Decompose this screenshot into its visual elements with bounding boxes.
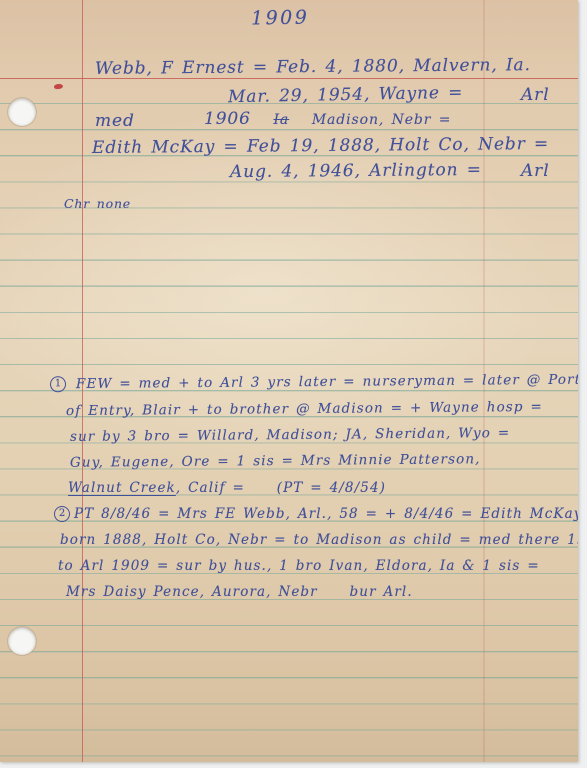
- children-note: Chr none: [64, 193, 131, 215]
- scanned-page: 1909 Webb, F Ernest = Feb. 4, 1880, Malv…: [0, 0, 587, 768]
- note1-underlined-place: Walnut Creek: [68, 480, 176, 496]
- note2-line2: born 1888, Holt Co, Nebr = to Madison as…: [60, 531, 578, 549]
- note1-marker: 1: [50, 376, 66, 392]
- red-ink-dot: [54, 83, 64, 89]
- punch-hole-bottom: [8, 627, 36, 655]
- note1-line1: 1FEW = med + to Arl 3 yrs later = nurser…: [50, 371, 578, 394]
- married-struck-text: Ia: [274, 112, 290, 128]
- note2-line4-survivor: Mrs Daisy Pence, Aurora, Nebr: [66, 584, 318, 600]
- note1-line5: Walnut Creek, Calif = (PT = 4/8/54): [68, 479, 386, 497]
- married-line: 1906 Ia Madison, Nebr =: [204, 108, 451, 131]
- entry-name-birth-line: Webb, F Ernest = Feb. 4, 1880, Malvern, …: [95, 54, 531, 80]
- note2-line1: 2PT 8/8/46 = Mrs FE Webb, Arl., 58 = + 8…: [54, 505, 578, 523]
- lined-paper-sheet: 1909 Webb, F Ernest = Feb. 4, 1880, Malv…: [0, 0, 578, 762]
- note1-line2: of Entry, Blair + to brother @ Madison =…: [66, 398, 543, 420]
- note1-line3: sur by 3 bro = Willard, Madison; JA, She…: [70, 424, 510, 446]
- entry-death-line: Mar. 29, 1954, Wayne =: [228, 82, 464, 109]
- note2-line1-text: PT 8/8/46 = Mrs FE Webb, Arl., 58 = + 8/…: [74, 506, 578, 522]
- note2-line3: to Arl 1909 = sur by hus., 1 bro Ivan, E…: [58, 557, 540, 575]
- note1-line4: Guy, Eugene, Ore = 1 sis = Mrs Minnie Pa…: [70, 450, 481, 472]
- entry-burial-abbr: Arl: [521, 84, 550, 106]
- note1-line1-text: FEW = med + to Arl 3 yrs later = nursery…: [76, 372, 578, 392]
- spouse-birth-line: Edith McKay = Feb 19, 1888, Holt Co, Neb…: [92, 133, 549, 159]
- year-heading: 1909: [251, 6, 310, 29]
- note1-citation: (PT = 4/8/54): [277, 480, 386, 496]
- married-place: Madison, Nebr =: [312, 112, 452, 128]
- married-label: med: [95, 110, 135, 132]
- note1-line5-rest: , Calif =: [176, 480, 245, 496]
- punch-hole-top: [8, 98, 36, 126]
- note2-line4: Mrs Daisy Pence, Aurora, Nebr bur Arl.: [66, 583, 413, 601]
- spouse-death-line: Aug. 4, 1946, Arlington =: [230, 159, 482, 183]
- spouse-burial-abbr: Arl: [521, 160, 550, 182]
- note2-marker: 2: [54, 506, 70, 522]
- married-year: 1906: [204, 109, 251, 129]
- note2-line4-burial: bur Arl.: [350, 584, 413, 600]
